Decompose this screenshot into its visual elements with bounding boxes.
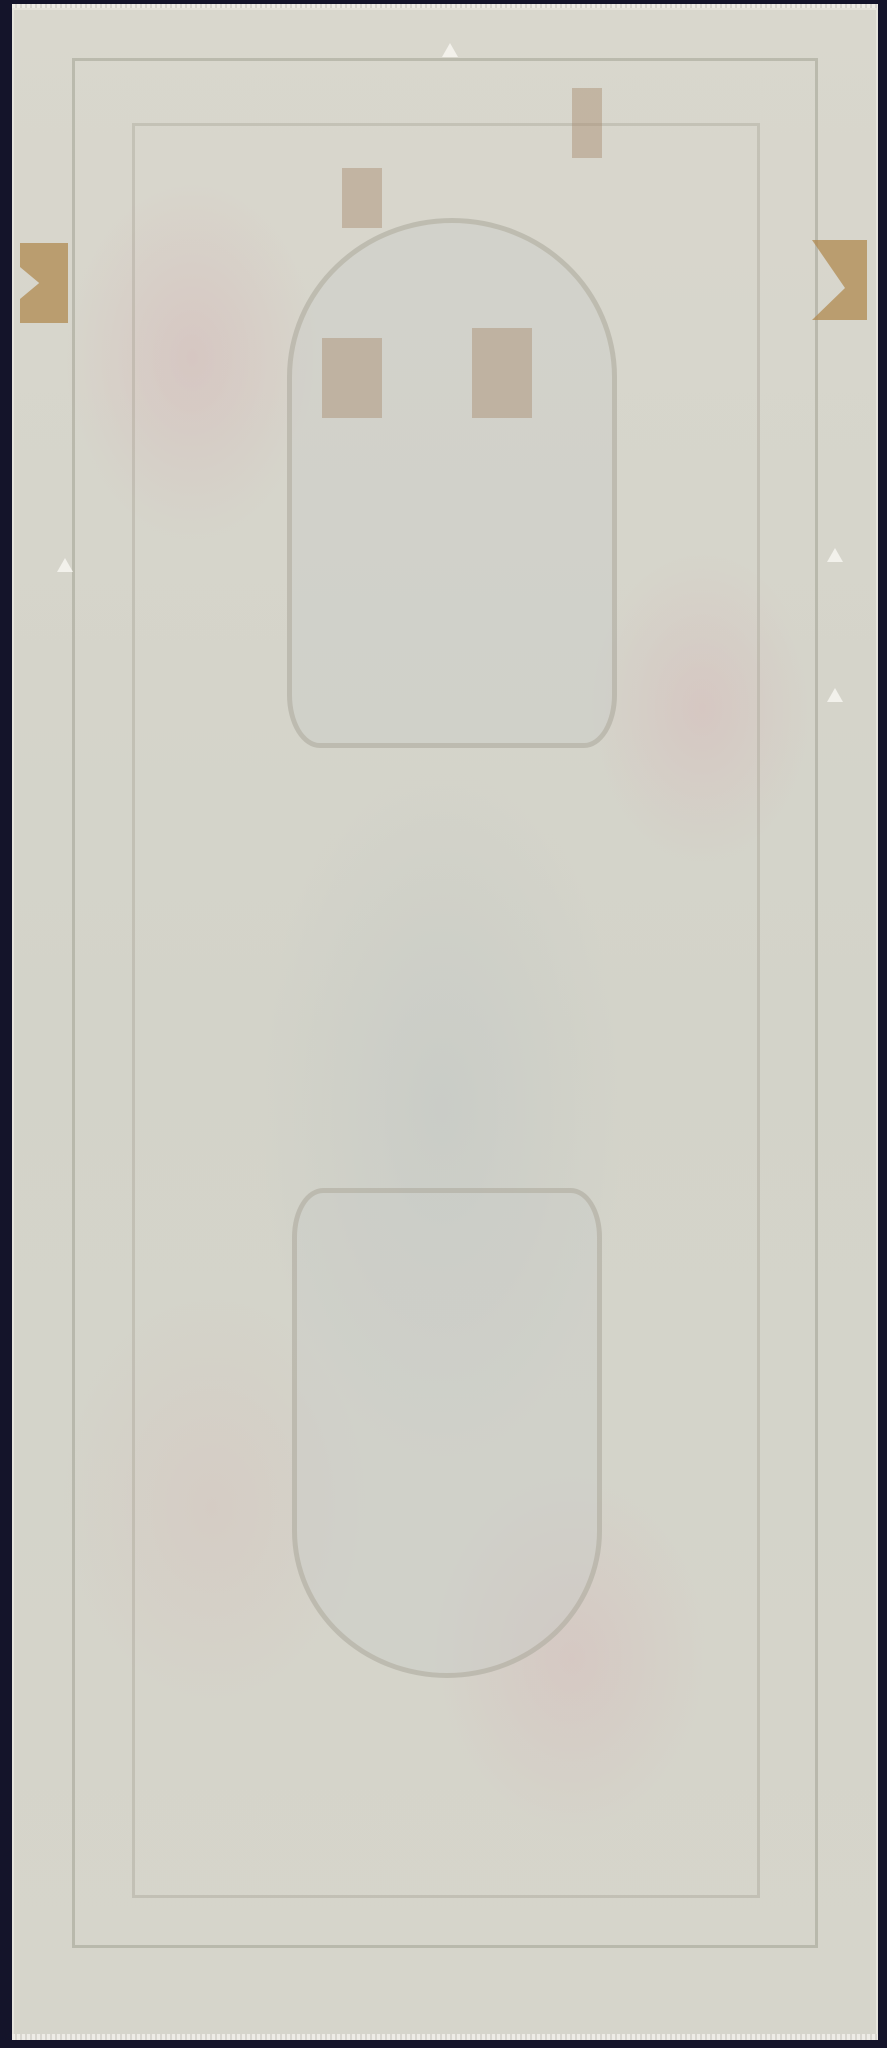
gold-accent-left xyxy=(20,243,68,323)
motif-top-left xyxy=(342,168,382,228)
white-triangle-motif xyxy=(827,688,843,702)
white-triangle-motif xyxy=(827,548,843,562)
medallion-bottom xyxy=(292,1188,602,1678)
motif-med-right xyxy=(472,328,532,418)
gold-accent-right xyxy=(812,240,867,320)
rug xyxy=(12,8,878,2038)
motif-top-right xyxy=(572,88,602,158)
medallion-top xyxy=(287,218,617,748)
motif-med-left xyxy=(322,338,382,418)
white-triangle-motif xyxy=(57,558,73,572)
image-description: Faded antique rug on dark navy backgroun… xyxy=(0,0,1,1)
white-triangle-motif xyxy=(442,43,458,57)
rug-fringe-bottom xyxy=(12,2034,878,2040)
